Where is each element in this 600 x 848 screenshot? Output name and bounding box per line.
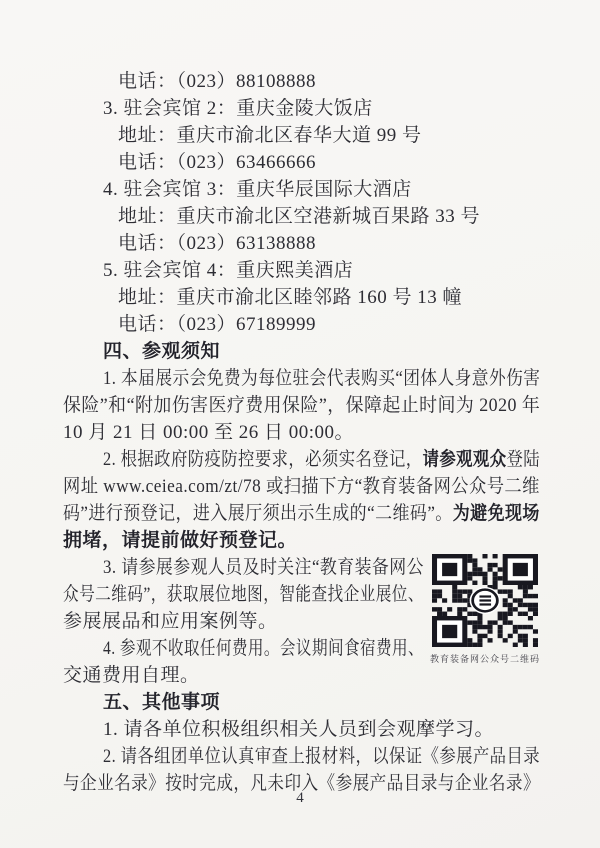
text-line: 五、其他事项 [103,689,220,716]
body-text: 码”进行预登记，进入展厅须出示生成的“二维码”。 [63,503,453,524]
text-line: 3. 驻会宾馆 2：重庆金陵大饭店 [103,95,373,122]
qr-code [432,554,538,647]
body-text: 地址：重庆市渝北区空港新城百果路 33 号 [118,206,480,227]
body-text: 保险”和“附加伤害医疗费用保险”，保障起止时间为 2020 年 [63,395,540,416]
text-line: 地址：重庆市渝北区空港新城百果路 33 号 [118,203,480,230]
text-line: 保险”和“附加伤害医疗费用保险”，保障起止时间为 2020 年 [63,392,540,419]
body-text: 电话：（023）63138888 [118,233,316,254]
text-line: 3. 请参展参观人员及时关注“教育装备网公 [103,554,424,581]
body-text: 登陆 [506,449,540,470]
emphasized-text: 四、参观须知 [103,341,220,362]
text-line: 4. 驻会宾馆 3：重庆华辰国际大酒店 [103,176,412,203]
text-line: 电话：（023）63138888 [118,230,316,257]
body-text: 电话：（023）67189999 [118,314,316,335]
text-line: 4. 参观不收取任何费用。会议期间食宿费用、 [103,635,424,662]
body-text: 地址：重庆市渝北区睦邻路 160 号 13 幢 [118,287,462,308]
text-line: 10 月 21 日 00:00 至 26 日 00:00。 [63,419,354,446]
text-line: 拥堵，请提前做好预登记。 [63,527,297,554]
body-text: 1. 请各单位积极组织相关人员到会观摩学习。 [103,719,494,740]
body-text: 电话：（023）63466666 [118,152,316,173]
body-text: 4. 参观不收取任何费用。会议期间食宿费用、 [103,638,424,659]
text-line: 电话：（023）67189999 [118,311,316,338]
body-text: 1. 本届展示会免费为每位驻会代表购买“团体人身意外伤害 [103,368,540,389]
emphasized-text: 请参观观众 [423,449,507,470]
text-line: 2. 请各组团单位认真审查上报材料，以保证《参展产品目录 [103,743,540,770]
text-line: 1. 本届展示会免费为每位驻会代表购买“团体人身意外伤害 [103,365,540,392]
document-page: 电话：（023）881088883. 驻会宾馆 2：重庆金陵大饭店地址：重庆市渝… [0,0,600,848]
body-text: 3. 驻会宾馆 2：重庆金陵大饭店 [103,98,373,119]
body-text: 电话：（023）88108888 [118,71,316,92]
text-line: 1. 请各单位积极组织相关人员到会观摩学习。 [103,716,494,743]
text-line: 网址 www.ceiea.com/zt/78 或扫描下方“教育装备网公众号二维 [63,473,540,500]
text-line: 四、参观须知 [103,338,220,365]
body-text: 4. 驻会宾馆 3：重庆华辰国际大酒店 [103,179,412,200]
body-text: 2. 请各组团单位认真审查上报材料，以保证《参展产品目录 [103,746,540,767]
text-line: 2. 根据政府防疫防控要求，必须实名登记，请参观观众登陆 [103,446,540,473]
text-line: 地址：重庆市渝北区睦邻路 160 号 13 幢 [118,284,462,311]
text-line: 参展展品和应用案例等。 [63,608,278,635]
text-line: 电话：（023）88108888 [118,68,316,95]
text-line: 众号二维码”，获取展位地图，智能查找企业展位、 [63,581,424,608]
text-line: 地址：重庆市渝北区春华大道 99 号 [118,122,422,149]
body-text: 参展展品和应用案例等。 [63,611,278,632]
text-line: 交通费用自理。 [63,662,200,689]
text-line: 电话：（023）63466666 [118,149,316,176]
text-line: 码”进行预登记，进入展厅须出示生成的“二维码”。为避免现场 [63,500,540,527]
page-number: 4 [0,790,600,807]
emphasized-text: 五、其他事项 [103,692,220,713]
body-text: 众号二维码”，获取展位地图，智能查找企业展位、 [63,584,424,605]
body-text: 2. 根据政府防疫防控要求，必须实名登记， [103,449,423,470]
text-line: 5. 驻会宾馆 4：重庆熙美酒店 [103,257,353,284]
qr-caption: 教育装备网公众号二维码 [418,652,552,665]
body-text: 10 月 21 日 00:00 至 26 日 00:00。 [63,422,354,443]
body-text: 网址 www.ceiea.com/zt/78 或扫描下方“教育装备网公众号二维 [63,476,540,497]
body-text: 3. 请参展参观人员及时关注“教育装备网公 [103,557,424,578]
body-text: 交通费用自理。 [63,665,200,686]
emphasized-text: 拥堵，请提前做好预登记。 [63,530,297,551]
body-text: 地址：重庆市渝北区春华大道 99 号 [118,125,422,146]
body-text: 5. 驻会宾馆 4：重庆熙美酒店 [103,260,353,281]
qr-code-block: 教育装备网公众号二维码 [432,554,538,647]
emphasized-text: 为避免现场 [453,503,540,524]
